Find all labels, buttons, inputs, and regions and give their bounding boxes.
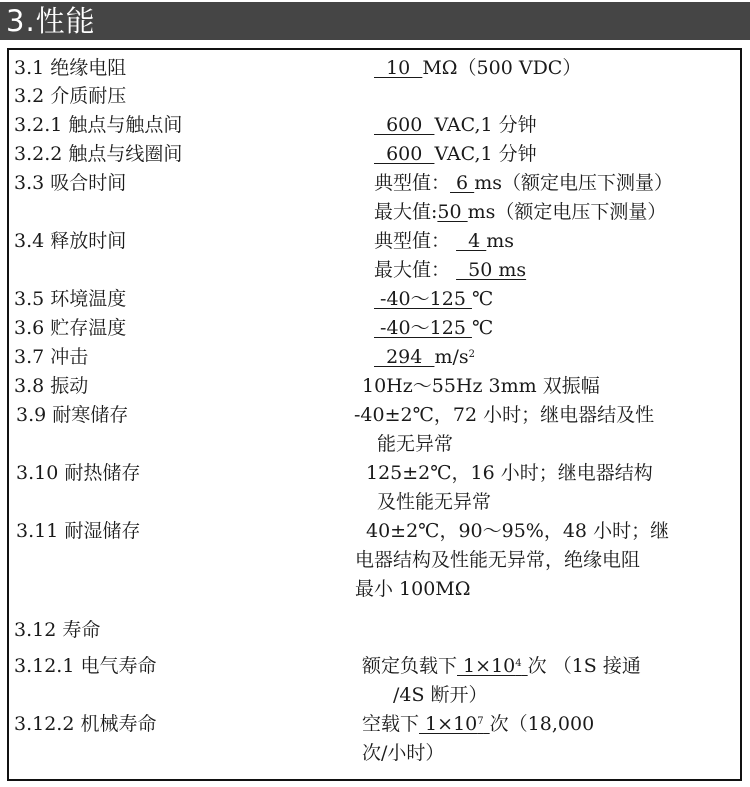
spec-label-vibration: 3.8 振动 — [14, 372, 88, 400]
spec-label-release-time: 3.4 释放时间 — [14, 227, 126, 255]
spec-value-contact-to-coil: 600 VAC,1 分钟 — [374, 140, 537, 168]
spec-value-electrical-life-line2: /4S 断开） — [393, 681, 488, 709]
spec-value-electrical-life-line1: 额定负载下 1×104 次 （1S 接通 — [362, 652, 641, 680]
spec-label-humidity-storage: 3.11 耐湿储存 — [16, 517, 140, 545]
spec-value-ambient-temp: -40～125 ℃ — [374, 285, 493, 313]
spec-label-heat-storage: 3.10 耐热储存 — [16, 459, 140, 487]
spec-value-release-time-max: 最大值： 50 ms — [374, 256, 526, 284]
section-header-bar: 3.性能 — [0, 2, 750, 40]
spec-value-cold-storage-line1: -40±2℃，72 小时；继电器结及性 — [354, 401, 654, 429]
spec-label-cold-storage: 3.9 耐寒储存 — [16, 401, 128, 429]
spec-value-vibration: 10Hz～55Hz 3mm 双振幅 — [362, 372, 600, 400]
spec-value-humidity-storage-line2: 电器结构及性能无异常，绝缘电阻 — [355, 546, 640, 574]
spec-value-storage-temp: -40～125 ℃ — [374, 314, 493, 342]
spec-value-shock: 294 m/s2 — [374, 343, 475, 371]
spec-label-mechanical-life: 3.12.2 机械寿命 — [14, 710, 156, 738]
spec-value-mechanical-life-line1: 空载下 1×107 次（18,000 — [362, 710, 594, 738]
spec-value-humidity-storage-line1: 40±2℃，90～95%，48 小时；继 — [366, 517, 669, 545]
spec-value-heat-storage-line1: 125±2℃，16 小时；继电器结构 — [366, 459, 653, 487]
spec-value-release-time-typical: 典型值： 4 ms — [374, 227, 514, 255]
spec-label-ambient-temp: 3.5 环境温度 — [14, 285, 126, 313]
spec-value-operate-time-max: 最大值:50 ms（额定电压下测量） — [374, 198, 666, 226]
spec-label-dielectric-strength: 3.2 介质耐压 — [14, 82, 126, 110]
spec-value-humidity-storage-line3: 最小 100MΩ — [355, 575, 471, 603]
spec-label-storage-temp: 3.6 贮存温度 — [14, 314, 126, 342]
spec-value-contact-to-contact: 600 VAC,1 分钟 — [374, 111, 537, 139]
spec-value-operate-time-typical: 典型值： 6 ms（额定电压下测量） — [374, 169, 673, 197]
spec-label-life: 3.12 寿命 — [14, 616, 100, 644]
spec-value-mechanical-life-line2: 次/小时） — [362, 739, 444, 767]
spec-label-shock: 3.7 冲击 — [14, 343, 88, 371]
spec-label-operate-time: 3.3 吸合时间 — [14, 169, 126, 197]
spec-label-insulation-resistance: 3.1 绝缘电阻 — [14, 54, 126, 82]
spec-value-cold-storage-line2: 能无异常 — [377, 430, 453, 458]
section-title: 3.性能 — [6, 3, 96, 39]
spec-label-electrical-life: 3.12.1 电气寿命 — [14, 652, 156, 680]
spec-value-heat-storage-line2: 及性能无异常 — [377, 488, 491, 516]
spec-label-contact-to-contact: 3.2.1 触点与触点间 — [14, 111, 182, 139]
spec-label-contact-to-coil: 3.2.2 触点与线圈间 — [14, 140, 182, 168]
spec-value-insulation-resistance: 10 MΩ（500 VDC） — [374, 54, 581, 82]
